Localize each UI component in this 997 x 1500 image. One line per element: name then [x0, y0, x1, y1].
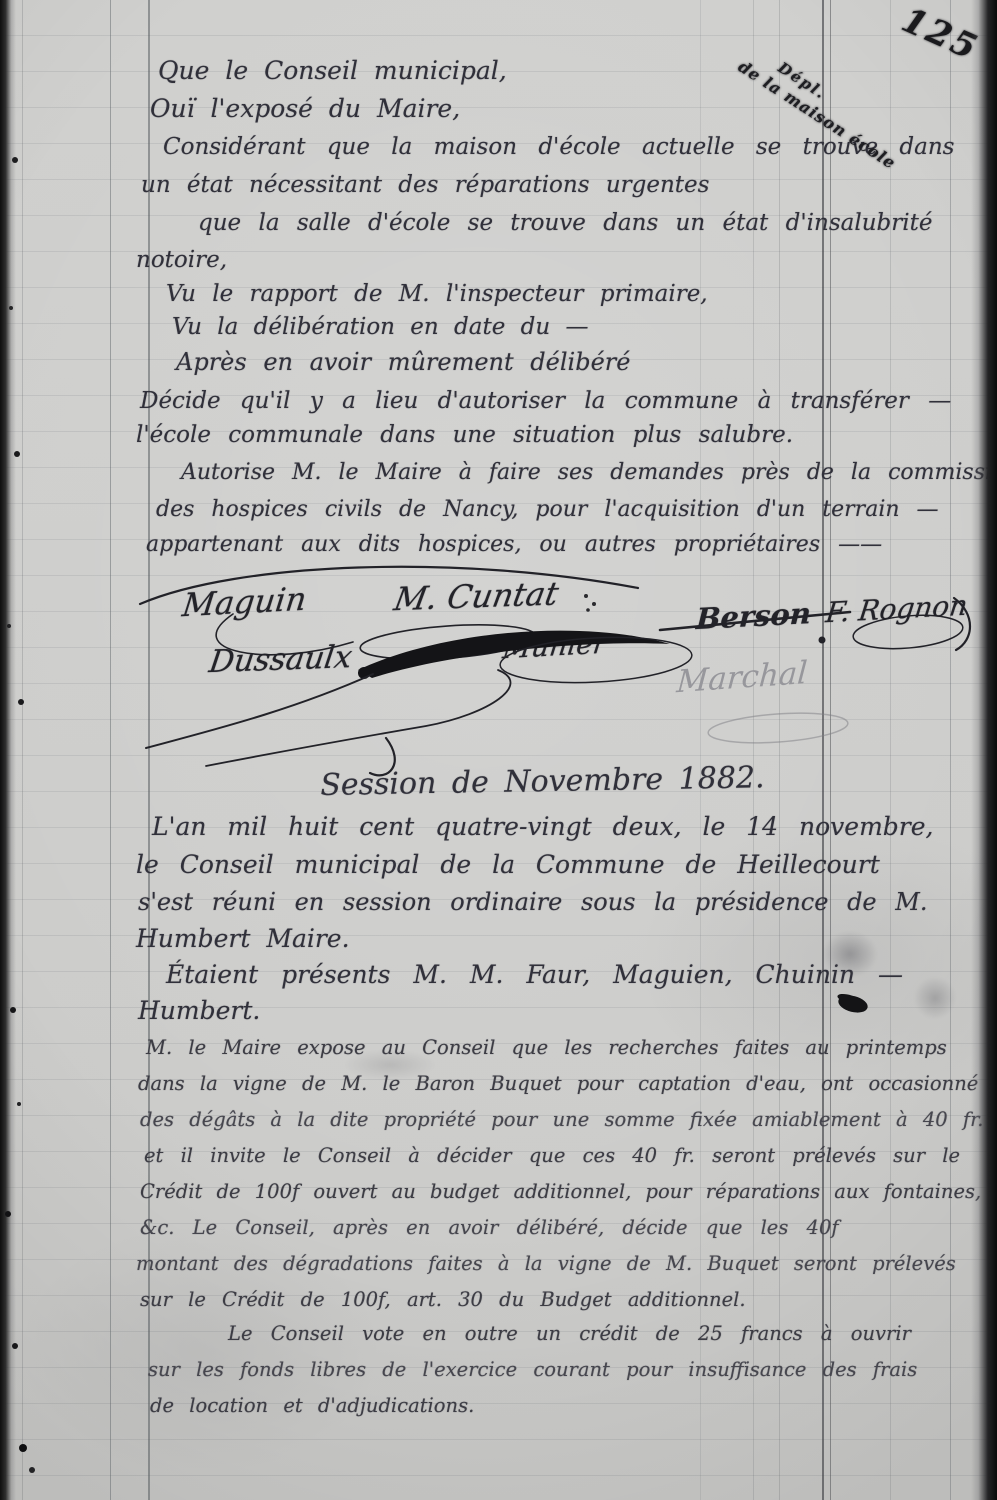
manuscript-line: Après en avoir mûrement délibéré [176, 348, 630, 376]
manuscript-line: sur les fonds libres de l'exercice coura… [148, 1358, 917, 1381]
signature: Maguin [180, 580, 308, 625]
manuscript-line: de location et d'adjudications. [150, 1394, 474, 1417]
session-title: Session de Novembre 1882. [320, 760, 765, 803]
binding-specks [0, 0, 4, 4]
manuscript-line: que la salle d'école se trouve dans un é… [198, 210, 932, 236]
manuscript-line: l'école communale dans une situation plu… [136, 422, 793, 448]
manuscript-line: dans la vigne de M. le Baron Buquet pour… [138, 1072, 978, 1095]
ruled-vertical-line [110, 0, 111, 1500]
page-edge [971, 0, 997, 1500]
manuscript-line: s'est réuni en session ordinaire sous la… [138, 888, 927, 916]
signature: Berson [695, 596, 812, 636]
manuscript-line: et il invite le Conseil à décider que ce… [144, 1144, 960, 1167]
manuscript-line: Ouï l'exposé du Maire, [150, 94, 460, 123]
manuscript-line: Humbert. [138, 996, 260, 1025]
manuscript-line: notoire, [136, 247, 227, 273]
manuscript-line: M. le Maire expose au Conseil que les re… [146, 1036, 947, 1059]
manuscript-line: des dégâts à la dite propriété pour une … [140, 1108, 983, 1131]
manuscript-line: &c. Le Conseil, après en avoir délibéré,… [140, 1216, 839, 1239]
manuscript-page: 125 Dépl. de la maison école Que le Cons… [0, 0, 997, 1500]
manuscript-line: montant des dégradations faites à la vig… [136, 1252, 956, 1275]
manuscript-line: L'an mil huit cent quatre-vingt deux, le… [152, 812, 933, 841]
manuscript-line: le Conseil municipal de la Commune de He… [136, 850, 880, 879]
signature-pencil: Marchal [675, 655, 808, 700]
ruled-vertical-line [22, 0, 23, 1500]
manuscript-line: Étaient présents M. M. Faur, Maguien, Ch… [166, 960, 903, 989]
signature: Dussaulx [207, 639, 354, 680]
binding-edge [0, 0, 16, 1500]
manuscript-line: Autorise M. le Maire à faire ses demande… [181, 460, 997, 485]
ink-smudge [330, 1045, 450, 1085]
manuscript-line: Décide qu'il y a lieu d'autoriser la com… [140, 388, 951, 414]
manuscript-line: sur le Crédit de 100f, art. 30 du Budget… [140, 1288, 746, 1311]
signature: F. Rognon [824, 589, 970, 630]
manuscript-line: Humbert Maire. [136, 924, 350, 953]
signature: M. Cuntat [391, 574, 561, 618]
ruled-vertical-line [148, 0, 150, 1500]
manuscript-line: Que le Conseil municipal, [158, 56, 507, 85]
ink-smudge [812, 922, 888, 986]
manuscript-line: Vu la délibération en date du — [172, 314, 588, 340]
signature: Munier [501, 627, 609, 666]
ink-smudge [905, 968, 965, 1028]
manuscript-line: appartenant aux dits hospices, ou autres… [146, 532, 882, 557]
ink-blot [837, 993, 870, 1016]
manuscript-line: Le Conseil vote en outre un crédit de 25… [228, 1322, 911, 1345]
manuscript-line: un état nécessitant des réparations urge… [141, 172, 709, 198]
manuscript-line: Vu le rapport de M. l'inspecteur primair… [166, 281, 708, 307]
manuscript-line: des hospices civils de Nancy, pour l'acq… [156, 497, 939, 522]
manuscript-line: Crédit de 100f ouvert au budget addition… [140, 1180, 981, 1203]
ruled-vertical-line [950, 0, 951, 1500]
